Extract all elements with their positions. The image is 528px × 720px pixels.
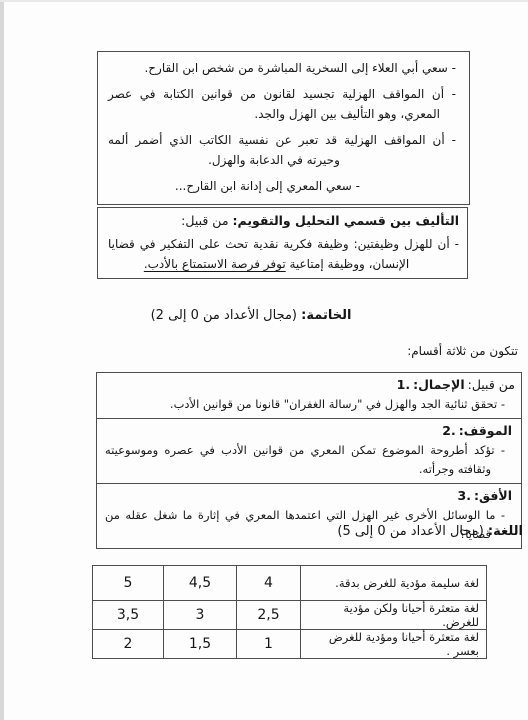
scan-top-edge-artifact	[0, 0, 528, 2]
composition-box-heading: التأليف بين قسمي التحليل والتقويم: من قب…	[108, 212, 459, 230]
section-ijmal: 1. الإجمال: من قبيل: - تحقق ثنائية الجد …	[97, 373, 521, 418]
composition-bullet-underlined-text: توفر فرصة الاستمتاع بالأدب.	[144, 257, 286, 271]
section-mawqif-bullet: - تؤكد أطروحة الموضوع تمكن المعري من قوا…	[105, 441, 515, 479]
section-ijmal-suffix: من قبيل:	[468, 376, 515, 393]
section-ijmal-bullet: - تحقق ثنائية الجد والهزل في "رسالة الغف…	[105, 395, 515, 414]
composition-heading-rest: من قبيل:	[181, 213, 228, 228]
score-cell: 3	[164, 601, 237, 630]
score-cell: 4	[237, 566, 301, 601]
analysis-bullet-2: - أن المواقف الهزلية تجسيد لقانون من قوا…	[108, 84, 456, 124]
language-score-table: 5 4,5 4 لغة سليمة مؤدية للغرض بدقة. 3,5 …	[92, 565, 487, 659]
score-cell: 4,5	[164, 566, 237, 601]
analysis-points-box: - سعي أبي العلاء إلى السخرية المباشرة من…	[97, 51, 470, 205]
score-cell: 5	[93, 566, 164, 601]
analysis-bullet-1: - سعي أبي العلاء إلى السخرية المباشرة من…	[108, 58, 456, 78]
table-row: 2 1,5 1 لغة متعثرة أحيانا ومؤدية للغرض ب…	[93, 630, 487, 659]
section-mawqif-number: 2.	[442, 422, 455, 439]
conclusion-heading: الخاتمة: (مجال الأعداد من 0 إلى 2)	[0, 308, 502, 323]
conclusion-sections-box: 1. الإجمال: من قبيل: - تحقق ثنائية الجد …	[96, 372, 522, 549]
score-cell: 1,5	[164, 630, 237, 659]
section-ufq-number: 3.	[458, 487, 471, 504]
analysis-bullet-3: - أن المواقف الهزلية قد تعبر عن نفسية ال…	[108, 130, 456, 170]
score-cell: 3,5	[93, 601, 164, 630]
score-cell: 2,5	[237, 601, 301, 630]
section-ijmal-heading: 1. الإجمال: من قبيل:	[105, 376, 515, 393]
table-row: 3,5 3 2,5 لغة متعثرة أحيانا ولكن مؤدية ل…	[93, 601, 487, 630]
score-cell: 2	[93, 630, 164, 659]
section-ufq-label: الأفق:	[474, 487, 512, 504]
section-mawqif-label: الموقف:	[459, 422, 512, 439]
language-heading: اللغة: (مجال الأعداد من 0 إلى 5)	[193, 524, 523, 539]
analysis-bullet-4: - سعي المعري إلى إدانة ابن القارح...	[108, 176, 456, 196]
language-heading-range: (مجال الأعداد من 0 إلى 5)	[337, 524, 488, 539]
score-description-cell: لغة متعثرة أحيانا ومؤدية للغرض بعسر .	[301, 630, 487, 659]
score-description-cell: لغة متعثرة أحيانا ولكن مؤدية للغرض.	[301, 601, 487, 630]
language-heading-bold: اللغة:	[488, 524, 523, 539]
composition-heading-bold: التأليف بين قسمي التحليل والتقويم:	[233, 213, 459, 228]
section-ijmal-label: الإجمال:	[413, 376, 465, 393]
scan-left-edge-artifact	[0, 0, 4, 720]
table-row: 5 4,5 4 لغة سليمة مؤدية للغرض بدقة.	[93, 566, 487, 601]
conclusion-heading-range: (مجال الأعداد من 0 إلى 2)	[151, 308, 302, 323]
section-ijmal-number: 1.	[397, 376, 410, 393]
score-description-cell: لغة سليمة مؤدية للغرض بدقة.	[301, 566, 487, 601]
section-mawqif: 2. الموقف: - تؤكد أطروحة الموضوع تمكن ال…	[97, 418, 521, 483]
composition-bullet: - أن للهزل وظيفتين: وظيفة فكرية نقدية تح…	[108, 234, 459, 274]
section-mawqif-heading: 2. الموقف:	[105, 422, 515, 439]
conclusion-intro-line: تتكون من ثلاثة أقسام:	[218, 344, 518, 358]
conclusion-heading-bold: الخاتمة:	[301, 308, 351, 323]
score-cell: 1	[237, 630, 301, 659]
section-ufq-heading: 3. الأفق:	[105, 487, 515, 504]
composition-box: التأليف بين قسمي التحليل والتقويم: من قب…	[97, 207, 468, 279]
